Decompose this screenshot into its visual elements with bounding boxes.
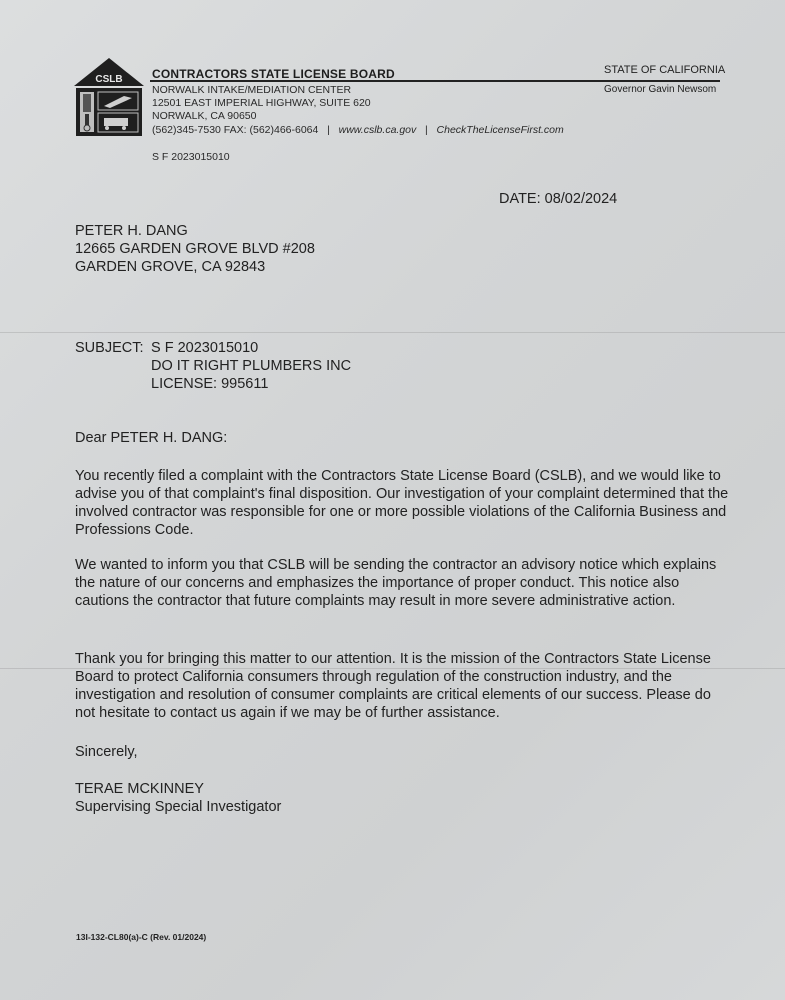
paragraph-1: You recently filed a complaint with the …	[75, 467, 735, 539]
contact-line: (562)345-7530 FAX: (562)466-6064 | www.c…	[152, 124, 564, 136]
svg-text:CSLB: CSLB	[95, 74, 122, 85]
header-divider	[150, 80, 720, 82]
form-code: 13I-132-CL80(a)-C (Rev. 01/2024)	[76, 932, 206, 942]
letter-date: DATE: 08/02/2024	[499, 190, 617, 208]
recipient-block: PETER H. DANG 12665 GARDEN GROVE BLVD #2…	[75, 222, 315, 276]
closing: Sincerely,	[75, 743, 735, 761]
paragraph-3: Thank you for bringing this matter to ou…	[75, 650, 735, 722]
office-street: 12501 EAST IMPERIAL HIGHWAY, SUITE 620	[152, 97, 371, 109]
office-city: NORWALK, CA 90650	[152, 110, 256, 122]
campaign-link[interactable]: CheckTheLicenseFirst.com	[437, 124, 564, 136]
paper-fold-line	[0, 332, 785, 333]
subject-license: LICENSE: 995611	[151, 375, 351, 393]
org-name: CONTRACTORS STATE LICENSE BOARD	[152, 67, 395, 81]
governor-label: Governor Gavin Newsom	[604, 84, 716, 95]
state-label: STATE OF CALIFORNIA	[604, 64, 725, 76]
recipient-city: GARDEN GROVE, CA 92843	[75, 258, 315, 276]
salutation: Dear PETER H. DANG:	[75, 429, 735, 447]
signer-name: TERAE MCKINNEY	[75, 780, 735, 798]
website-link[interactable]: www.cslb.ca.gov	[339, 124, 417, 136]
subject-contractor: DO IT RIGHT PLUMBERS INC	[151, 357, 351, 375]
office-name: NORWALK INTAKE/MEDIATION CENTER	[152, 84, 351, 96]
phone-fax: (562)345-7530 FAX: (562)466-6064	[152, 124, 318, 136]
separator: |	[425, 124, 428, 136]
paragraph-2: We wanted to inform you that CSLB will b…	[75, 556, 735, 610]
recipient-name: PETER H. DANG	[75, 222, 315, 240]
recipient-street: 12665 GARDEN GROVE BLVD #208	[75, 240, 315, 258]
subject-case-number: S F 2023015010	[151, 339, 351, 357]
subject-block: S F 2023015010 DO IT RIGHT PLUMBERS INC …	[151, 339, 351, 393]
separator: |	[327, 124, 330, 136]
reference-number: S F 2023015010	[152, 151, 230, 163]
subject-label: SUBJECT:	[75, 339, 144, 357]
cslb-logo-icon: CSLB	[74, 58, 144, 138]
signer-title: Supervising Special Investigator	[75, 798, 735, 816]
